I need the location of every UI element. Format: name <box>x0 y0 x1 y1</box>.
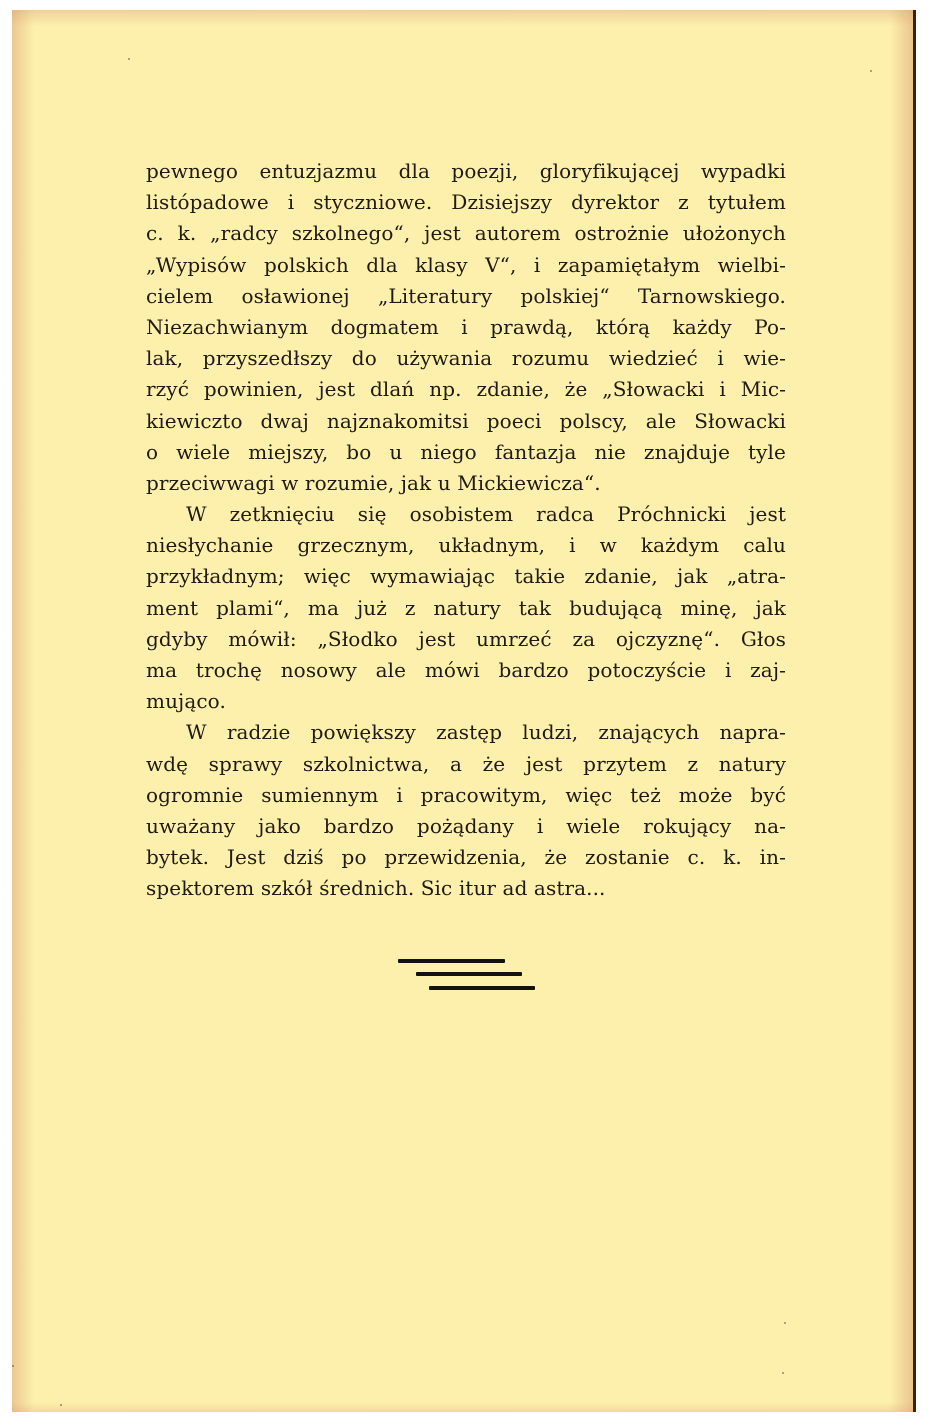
text-line: W radzie powiększy zastęp ludzi, znający… <box>146 717 786 748</box>
text-line: spektorem szkół średnich. Sic itur ad as… <box>146 873 786 904</box>
text-line: wdę sprawy szkolnictwa, a że jest przyte… <box>146 749 786 780</box>
text-line: pewnego entuzjazmu dla poezji, gloryfiku… <box>146 156 786 187</box>
text-line: rzyć powinien, jest dlań np. zdanie, że … <box>146 374 786 405</box>
text-line: niesłychanie grzecznym, układnym, i w ka… <box>146 530 786 561</box>
text-line: przykładnym; więc wymawiając takie zdani… <box>146 561 786 592</box>
text-line: ogromnie sumiennym i pracowitym, więc te… <box>146 780 786 811</box>
paragraph-2: W zetknięciu się osobistem radca Próchni… <box>146 499 786 717</box>
paper-speck <box>784 1322 786 1324</box>
text-line: przeciwwagi w rozumie, jak u Mickiewicza… <box>146 468 786 499</box>
text-line: kiewiczto dwaj najznakomitsi poeci polsc… <box>146 406 786 437</box>
paper-speck <box>12 1365 14 1367</box>
ornament-rule-2 <box>416 972 522 976</box>
paragraph-3: W radzie powiększy zastęp ludzi, znający… <box>146 717 786 904</box>
text-line: ment plami“, ma już z natury tak budując… <box>146 593 786 624</box>
paper-speck <box>870 70 872 72</box>
paper-speck <box>782 1372 784 1374</box>
text-line: mująco. <box>146 686 786 717</box>
ornament-rule-3 <box>429 986 535 990</box>
text-line: Niezachwianym dogmatem i prawdą, którą k… <box>146 312 786 343</box>
text-line: gdyby mówił: „Słodko jest umrzeć za ojcz… <box>146 624 786 655</box>
scanned-page: pewnego entuzjazmu dla poezji, gloryfiku… <box>12 10 916 1412</box>
text-line: cielem osławionej „Literatury polskiej“ … <box>146 281 786 312</box>
text-line: listópadowe i styczniowe. Dzisiejszy dyr… <box>146 187 786 218</box>
text-line: ma trochę nosowy ale mówi bardzo potoczy… <box>146 655 786 686</box>
paper-speck <box>128 58 130 60</box>
text-line: uważany jako bardzo pożądany i wiele rok… <box>146 811 786 842</box>
page-edge-shadow <box>913 10 916 1412</box>
text-line: W zetknięciu się osobistem radca Próchni… <box>146 499 786 530</box>
body-text: pewnego entuzjazmu dla poezji, gloryfiku… <box>146 156 786 905</box>
paragraph-1: pewnego entuzjazmu dla poezji, gloryfiku… <box>146 156 786 499</box>
text-line: c. k. „radcy szkolnego“, jest autorem os… <box>146 218 786 249</box>
ornament-rule-1 <box>398 959 505 963</box>
text-line: „Wypisów polskich dla klasy V“, i zapami… <box>146 250 786 281</box>
paper-speck <box>60 1404 62 1406</box>
text-line: bytek. Jest dziś po przewidzenia, że zos… <box>146 842 786 873</box>
text-line: o wiele miejszy, bo u niego fantazja nie… <box>146 437 786 468</box>
text-line: lak, przyszedłszy do używania rozumu wie… <box>146 343 786 374</box>
